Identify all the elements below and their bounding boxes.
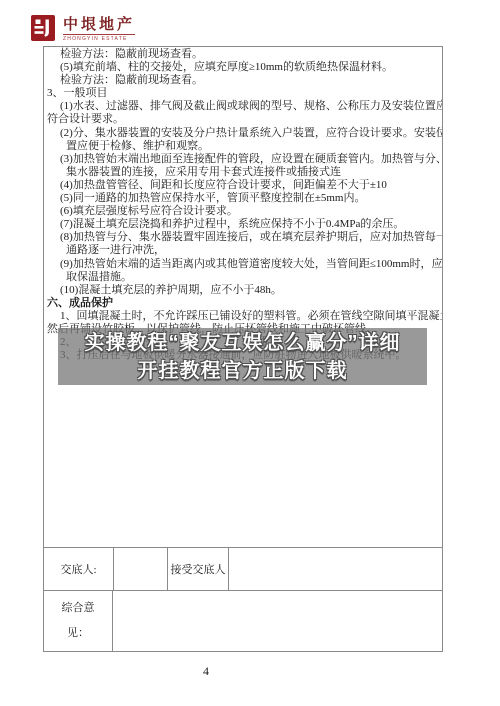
document-page: 中垠地产 ZHONGYIN ESTATE 检验方法：隐蔽前现场查看。(5)填充前… bbox=[0, 0, 500, 706]
comment-label: 综合意 见： bbox=[44, 591, 113, 651]
receiver-signature-cell bbox=[229, 548, 442, 590]
company-name-en: ZHONGYIN ESTATE bbox=[63, 34, 135, 42]
text-line: (10)混凝土填充层的养护周期，应不小于48h。 bbox=[46, 284, 440, 297]
company-logo: 中垠地产 ZHONGYIN ESTATE bbox=[31, 15, 135, 42]
spam-overlay-banner: 实操教程“聚友互娱怎么赢分”详细 开挂教程官方正版下载 bbox=[58, 328, 427, 385]
page-number: 4 bbox=[0, 664, 412, 679]
text-line: 1、回填混凝土时，不允许踩压已铺设好的塑料管。必须在管线空隙间填平混凝土， bbox=[46, 310, 440, 323]
logo-mark-icon bbox=[31, 15, 55, 41]
text-line: (7)混凝土填充层浇捣和养护过程中，系统应保持不小于0.4MPa的余压。 bbox=[46, 218, 440, 231]
comment-row: 综合意 见： bbox=[44, 591, 442, 651]
text-line: (5)填充前墙、柱的交接处，应填充厚度≥10mm的软质绝热保温材料。 bbox=[46, 61, 440, 74]
text-line: (3)加热管始末端出地面至连接配件的管段，应设置在硬质套管内。加热管与分、 bbox=[46, 153, 440, 166]
text-line: (9)加热管始末端的适当距离内或其他管道密度较大处，当管间距≤100mm时，应采 bbox=[46, 258, 440, 271]
text-line: 符合设计要求。 bbox=[46, 113, 440, 126]
comment-label-line1: 综合意 bbox=[62, 596, 95, 621]
text-line: 集水器装置的连接，应采用专用卡套式连接件或插接式连 bbox=[46, 166, 440, 179]
briefer-row: 交底人: 接受交底人 bbox=[44, 548, 442, 591]
text-line: 3、一般项目 bbox=[46, 87, 440, 100]
text-line: (2)分、集水器装置的安装及分户热计量系统入户装置，应符合设计要求。安装位 bbox=[46, 127, 440, 140]
text-line: (6)填充层强度标号应符合设计要求。 bbox=[46, 205, 440, 218]
briefer-label: 交底人: bbox=[44, 548, 114, 590]
company-name-cn: 中垠地产 bbox=[63, 17, 135, 33]
briefer-signature-cell bbox=[114, 548, 168, 590]
text-line: 检验方法：隐蔽前现场查看。 bbox=[46, 48, 440, 61]
receiver-label: 接受交底人 bbox=[168, 548, 229, 590]
text-line: 通路逐一进行冲洗， bbox=[46, 244, 440, 257]
comment-content-cell bbox=[113, 591, 442, 651]
text-line: (1)水表、过滤器、排气阀及截止阀或球阀的型号、规格、公称压力及安装位置应 bbox=[46, 100, 440, 113]
text-line: 六、成品保护 bbox=[46, 297, 440, 310]
text-line: 检验方法：隐蔽前现场查看。 bbox=[46, 74, 440, 87]
text-line: 取保温措施。 bbox=[46, 271, 440, 284]
content-lines: 检验方法：隐蔽前现场查看。(5)填充前墙、柱的交接处，应填充厚度≥10mm的软质… bbox=[44, 47, 442, 548]
text-line: 置应便于检修、维护和观察。 bbox=[46, 140, 440, 153]
text-line: (8)加热管与分、集水器装置牢固连接后，或在填充层养护期后，应对加热管每一 bbox=[46, 231, 440, 244]
comment-label-line2: 见： bbox=[67, 621, 89, 646]
text-line: (5)同一通路的加热管应保持水平，管顶平整度控制在±5mm内。 bbox=[46, 192, 440, 205]
text-line: (4)加热盘管管径、间距和长度应符合设计要求，间距偏差不大于±10 bbox=[46, 179, 440, 192]
spam-text-line2: 开挂教程官方正版下载 bbox=[138, 357, 348, 385]
spam-text-line1: 实操教程“聚友互娱怎么赢分”详细 bbox=[85, 329, 401, 357]
logo-text: 中垠地产 ZHONGYIN ESTATE bbox=[63, 15, 135, 42]
logo-glyph-icon bbox=[31, 15, 55, 41]
